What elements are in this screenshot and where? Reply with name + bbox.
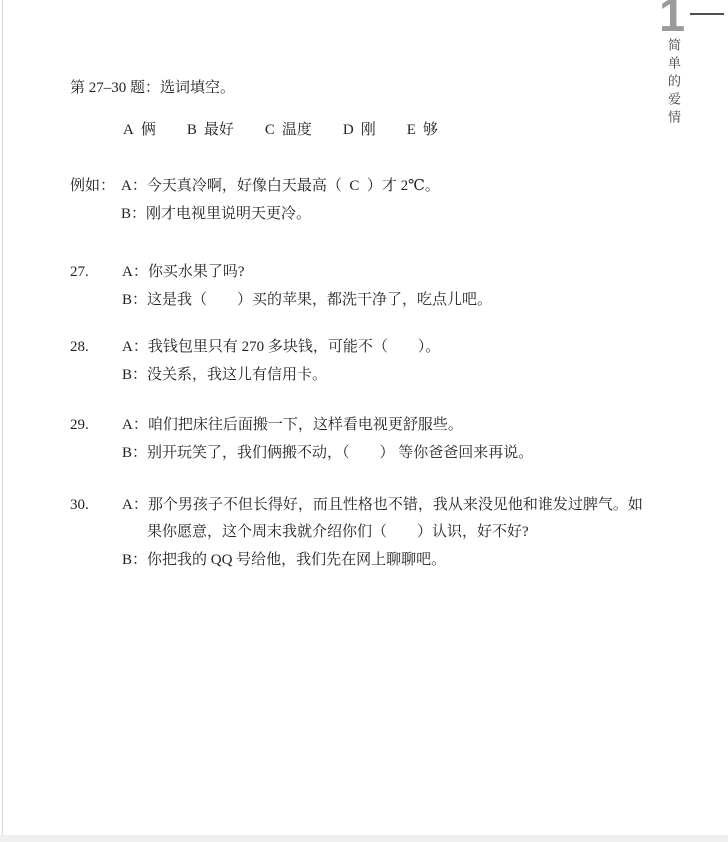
- section-instruction: 第 27–30 题：选词填空。: [70, 78, 235, 98]
- dialogue-text: 我钱包里只有 270 多块钱，可能不（ ）。: [148, 339, 441, 355]
- speaker-label: B：: [122, 445, 147, 461]
- question-29-line-a: 29.A：咱们把床往后面搬一下，这样看电视更舒服些。: [70, 415, 463, 435]
- question-number: 28.: [70, 337, 122, 357]
- dialogue-text: 没关系，我这儿有信用卡。: [147, 367, 327, 383]
- question-27-line-b: B：这是我（ ）买的苹果，都洗干净了，吃点儿吧。: [70, 290, 492, 310]
- speaker-label: A：: [122, 339, 148, 355]
- option-word: 刚: [361, 122, 376, 138]
- dialogue-text: 你买水果了吗?: [148, 264, 245, 280]
- option-letter: C: [265, 122, 275, 138]
- speaker-label: A：: [122, 497, 148, 513]
- dialogue-text: 今天真冷啊，好像白天最高（ C ）才 2℃。: [147, 178, 440, 194]
- question-30-line-b: B：你把我的 QQ 号给他，我们先在网上聊聊吧。: [70, 550, 446, 570]
- word-bank-option-e: E够: [407, 120, 438, 140]
- option-word: 俩: [141, 122, 156, 138]
- option-word: 够: [423, 122, 438, 138]
- dialogue-text: 别开玩笑了，我们俩搬不动，（ ） 等你爸爸回来再说。: [147, 445, 533, 461]
- speaker-label: B：: [122, 367, 147, 383]
- speaker-label: B：: [122, 552, 147, 568]
- dialogue-text: 这是我（ ）买的苹果，都洗干净了，吃点儿吧。: [147, 292, 492, 308]
- option-letter: B: [187, 122, 197, 138]
- speaker-label: A：: [122, 264, 148, 280]
- question-number: 27.: [70, 262, 122, 282]
- dialogue-text: 果你愿意，这个周末我就介绍你们（ ）认识，好不好?: [147, 524, 529, 540]
- question-30-line-a-continued: 果你愿意，这个周末我就介绍你们（ ）认识，好不好?: [147, 522, 529, 542]
- dialogue-text: 刚才电视里说明天更冷。: [146, 206, 311, 222]
- question-28-line-a: 28.A：我钱包里只有 270 多块钱，可能不（ ）。: [70, 337, 440, 357]
- speaker-label: B：: [121, 206, 146, 222]
- dialogue-text: 那个男孩子不但长得好，而且性格也不错，我从来没见他和谁发过脾气。如: [148, 497, 643, 513]
- chapter-number: 1: [659, 0, 685, 42]
- word-bank-option-b: B最好: [187, 120, 234, 140]
- word-bank: A俩 B最好 C温度 D刚 E够: [123, 120, 438, 140]
- option-word: 温度: [282, 122, 312, 138]
- page-left-rule: [2, 0, 3, 842]
- test-paper-page: 1 简单的爱情 第 27–30 题：选词填空。 A俩 B最好 C温度 D刚 E够…: [0, 0, 728, 842]
- chapter-dash-rule: [690, 13, 724, 15]
- question-29-line-b: B：别开玩笑了，我们俩搬不动，（ ） 等你爸爸回来再说。: [70, 443, 533, 463]
- speaker-label: A：: [122, 417, 148, 433]
- option-letter: D: [343, 122, 354, 138]
- question-27-line-a: 27.A：你买水果了吗?: [70, 262, 245, 282]
- speaker-label: A：: [121, 178, 147, 194]
- example-label: 例如：: [70, 176, 121, 196]
- question-number: 29.: [70, 415, 122, 435]
- question-number: 30.: [70, 495, 122, 515]
- chapter-title-vertical: 简单的爱情: [664, 38, 683, 128]
- word-bank-option-c: C温度: [265, 120, 312, 140]
- page-bottom-edge: [0, 835, 728, 842]
- example-line-a: 例如：A：今天真冷啊，好像白天最高（ C ）才 2℃。: [70, 176, 440, 196]
- dialogue-text: 你把我的 QQ 号给他，我们先在网上聊聊吧。: [147, 552, 446, 568]
- example-line-b: B：刚才电视里说明天更冷。: [70, 204, 311, 224]
- word-bank-option-d: D刚: [343, 120, 376, 140]
- option-letter: E: [407, 122, 416, 138]
- option-letter: A: [123, 122, 134, 138]
- question-28-line-b: B：没关系，我这儿有信用卡。: [70, 365, 327, 385]
- dialogue-text: 咱们把床往后面搬一下，这样看电视更舒服些。: [148, 417, 463, 433]
- option-word: 最好: [204, 122, 234, 138]
- speaker-label: B：: [122, 292, 147, 308]
- word-bank-option-a: A俩: [123, 120, 156, 140]
- question-30-line-a: 30.A：那个男孩子不但长得好，而且性格也不错，我从来没见他和谁发过脾气。如: [70, 495, 643, 515]
